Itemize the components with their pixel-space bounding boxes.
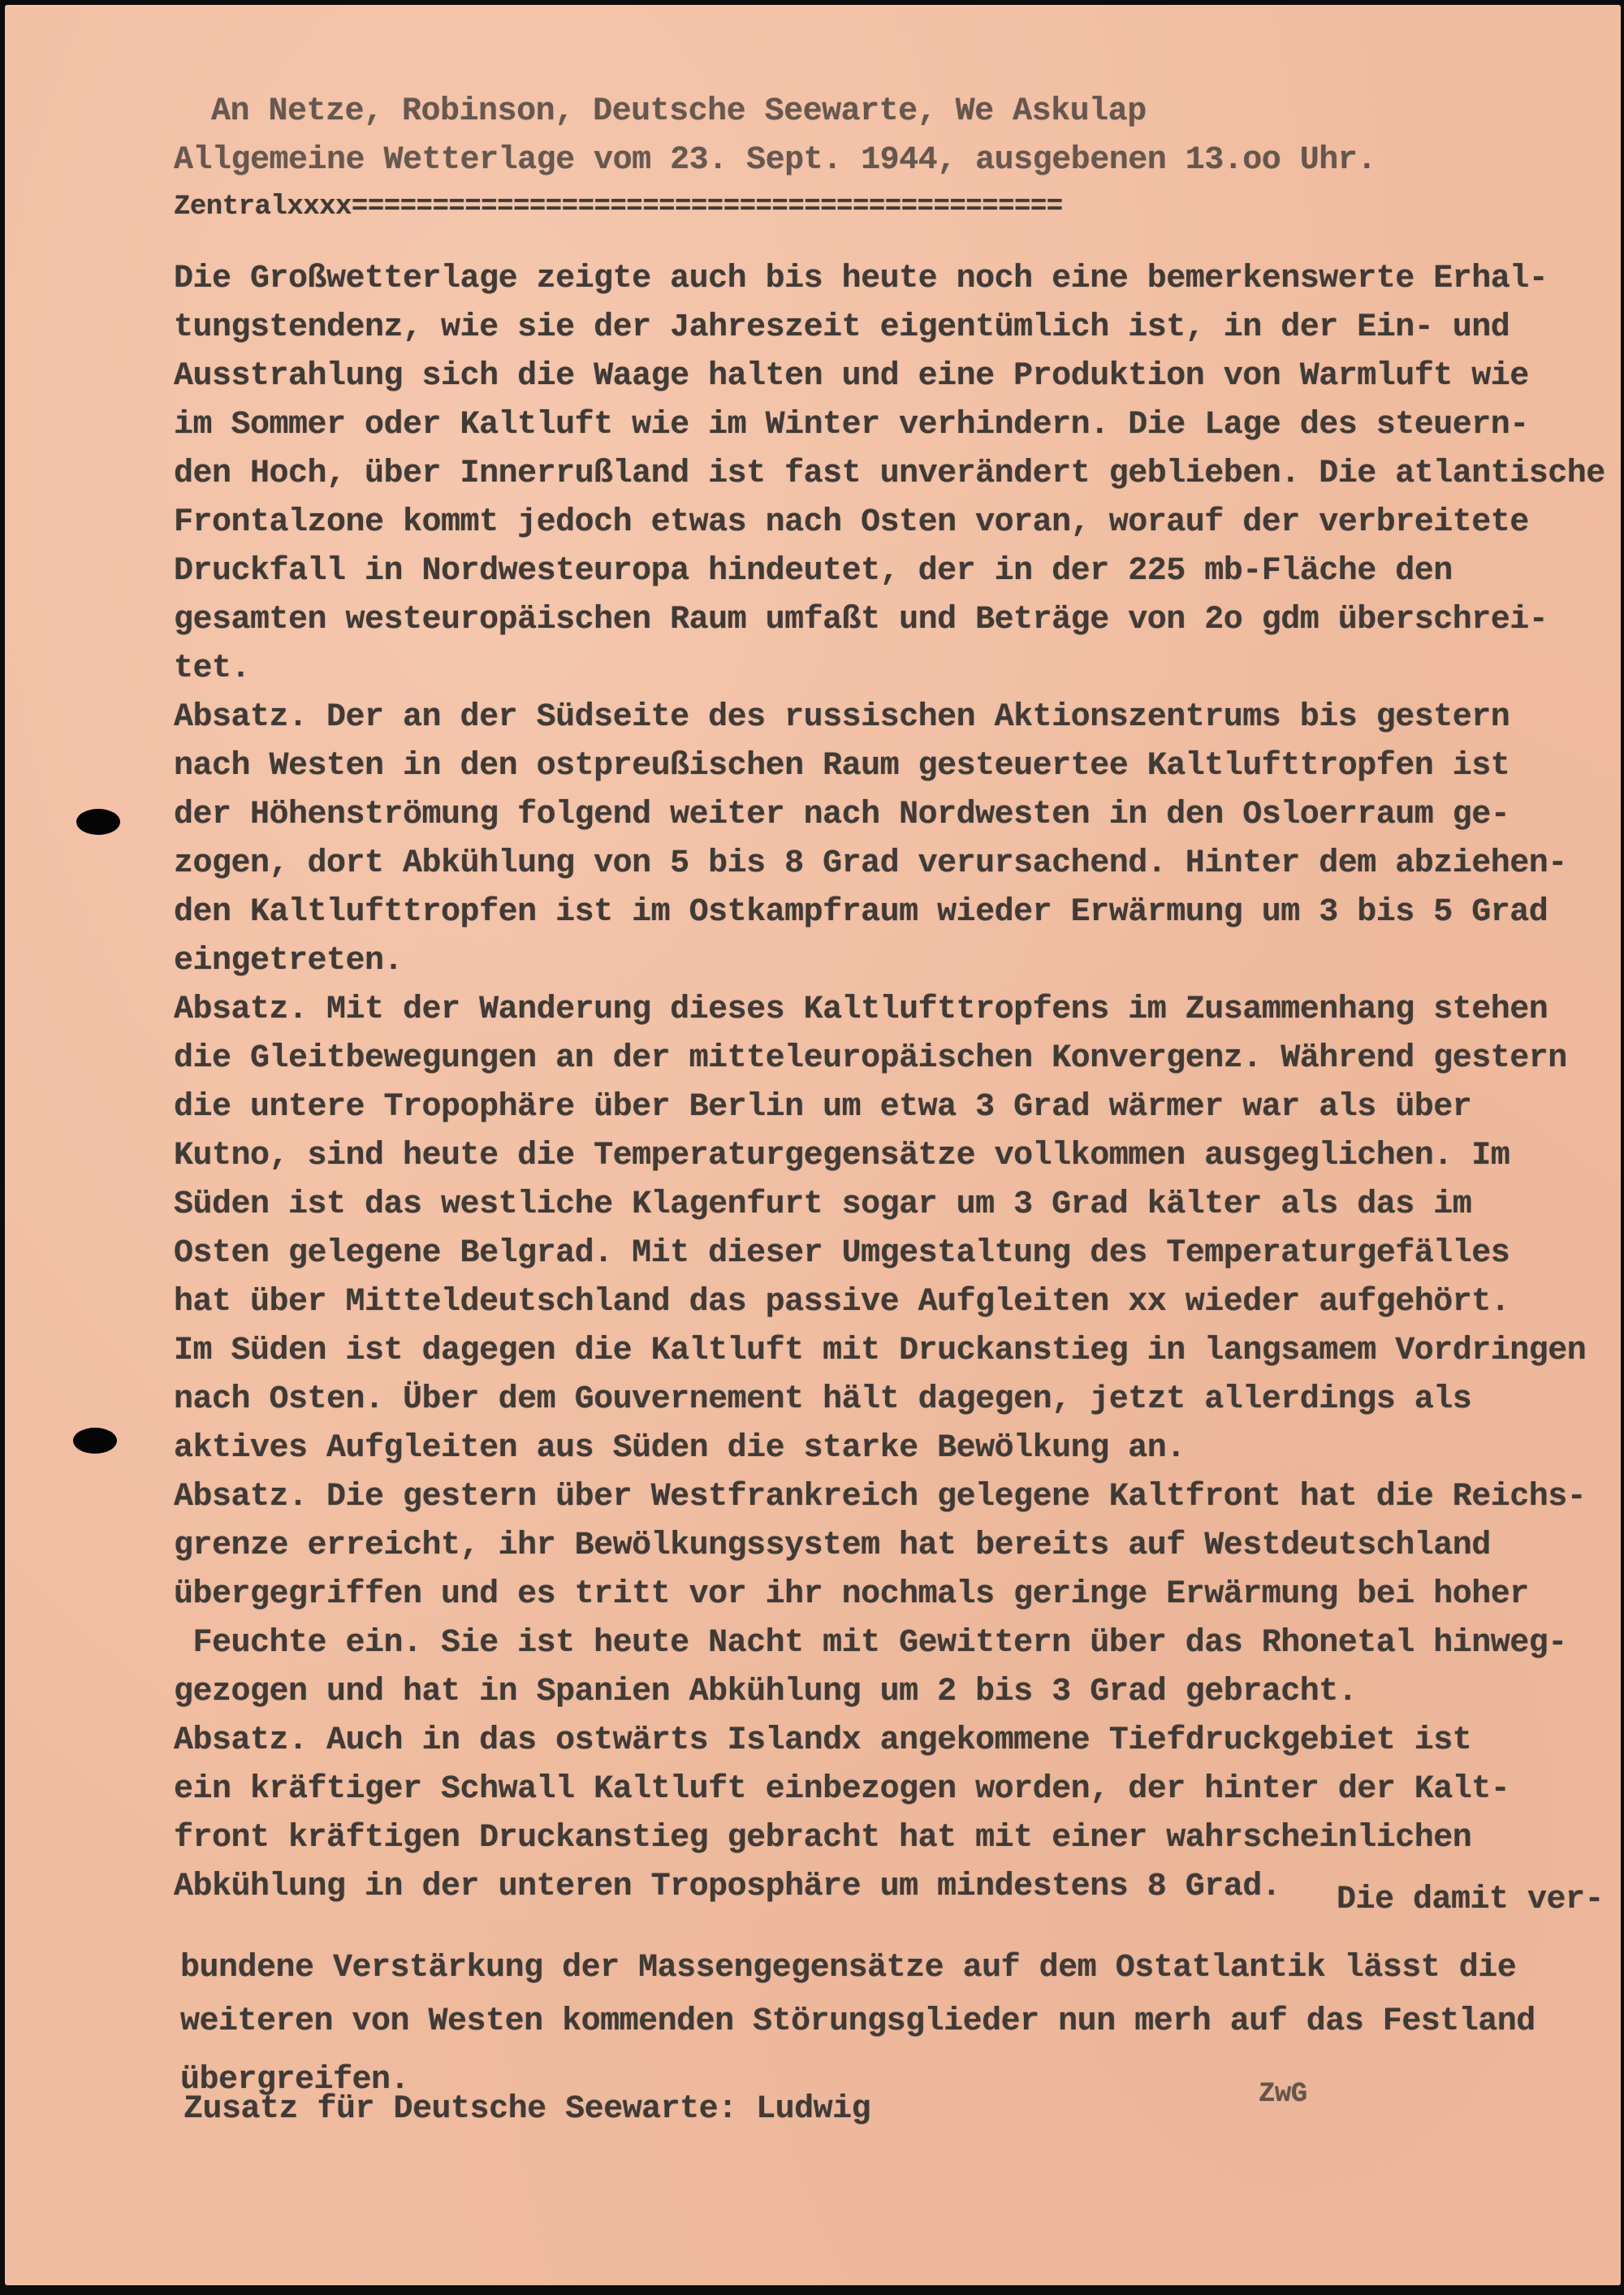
- body-line: Feuchte ein. Sie ist heute Nacht mit Gew…: [174, 1627, 1567, 1660]
- body-line: Absatz. Die gestern über Westfrankreich …: [174, 1481, 1586, 1514]
- body-line: Die Großwetterlage zeigte auch bis heute…: [174, 263, 1548, 296]
- body-line: ein kräftiger Schwall Kaltluft einbezoge…: [174, 1774, 1510, 1806]
- typed-text: An Netze, Robinson, Deutsche Seewarte, W…: [5, 5, 1621, 2285]
- body-line: front kräftigen Druckanstieg gebracht ha…: [174, 1822, 1471, 1855]
- body-line: im Sommer oder Kaltluft wie im Winter ve…: [174, 409, 1529, 442]
- body-line: Absatz. Auch in das ostwärts Islandx ang…: [174, 1725, 1471, 1757]
- body-line: die untere Tropophäre über Berlin um etw…: [174, 1091, 1471, 1124]
- body-line: Druckfall in Nordwesteuropa hindeutet, d…: [174, 555, 1453, 588]
- body-line: hat über Mitteldeutschland das passive A…: [174, 1286, 1510, 1319]
- body-line: weiteren von Westen kommenden Störungsgl…: [180, 2006, 1535, 2038]
- body-line: grenze erreicht, ihr Bewölkungssystem ha…: [174, 1530, 1491, 1562]
- body-line: Im Süden ist dagegen die Kaltluft mit Dr…: [174, 1335, 1586, 1368]
- body-line: tungstendenz, wie sie der Jahreszeit eig…: [174, 312, 1510, 344]
- addendum-line: Zusatz für Deutsche Seewarte: Ludwig: [184, 2094, 870, 2126]
- body-line: den Kaltlufttropfen ist im Ostkampfraum …: [174, 897, 1548, 929]
- body-line: den Hoch, über Innerrußland ist fast unv…: [174, 458, 1605, 491]
- initials: ZwG: [1259, 2081, 1307, 2108]
- body-line: übergegriffen und es tritt vor ihr nochm…: [174, 1579, 1529, 1611]
- body-line: die Gleitbewegungen an der mitteleuropäi…: [174, 1043, 1567, 1075]
- recipients-line: An Netze, Robinson, Deutsche Seewarte, W…: [211, 96, 1147, 128]
- body-line: Süden ist das westliche Klagenfurt sogar…: [174, 1189, 1471, 1221]
- body-line: aktives Aufgleiten aus Süden die starke …: [174, 1433, 1186, 1465]
- body-line: tet.: [174, 653, 250, 685]
- body-line: Kutno, sind heute die Temperaturgegensät…: [174, 1140, 1510, 1173]
- body-line: gezogen und hat in Spanien Abkühlung um …: [174, 1676, 1357, 1709]
- body-line: der Höhenströmung folgend weiter nach No…: [174, 799, 1510, 832]
- body-line: Frontalzone kommt jedoch etwas nach Oste…: [174, 507, 1529, 539]
- continuation-text: Die damit ver-: [1337, 1884, 1604, 1917]
- body-line: Absatz. Mit der Wanderung dieses Kaltluf…: [174, 994, 1548, 1026]
- body-line: gesamten westeuropäischen Raum umfaßt un…: [174, 604, 1548, 637]
- header-rule: Zentralxxxx=============================…: [174, 193, 1063, 221]
- body-line: nach Westen in den ostpreußischen Raum g…: [174, 750, 1510, 783]
- body-line: nach Osten. Über dem Gouvernement hält d…: [174, 1384, 1471, 1416]
- body-line: Osten gelegene Belgrad. Mit dieser Umges…: [174, 1238, 1510, 1270]
- document-page: An Netze, Robinson, Deutsche Seewarte, W…: [5, 5, 1621, 2285]
- document-title: Allgemeine Wetterlage vom 23. Sept. 1944…: [174, 145, 1376, 177]
- body-line: Absatz. Der an der Südseite des russisch…: [174, 702, 1510, 734]
- body-line: Ausstrahlung sich die Waage halten und e…: [174, 361, 1529, 393]
- body-line: zogen, dort Abkühlung von 5 bis 8 Grad v…: [174, 848, 1567, 880]
- body-line: bundene Verstärkung der Massengegensätze…: [180, 1952, 1516, 1985]
- body-line: eingetreten.: [174, 945, 403, 978]
- body-line: Abkühlung in der unteren Troposphäre um …: [174, 1871, 1281, 1904]
